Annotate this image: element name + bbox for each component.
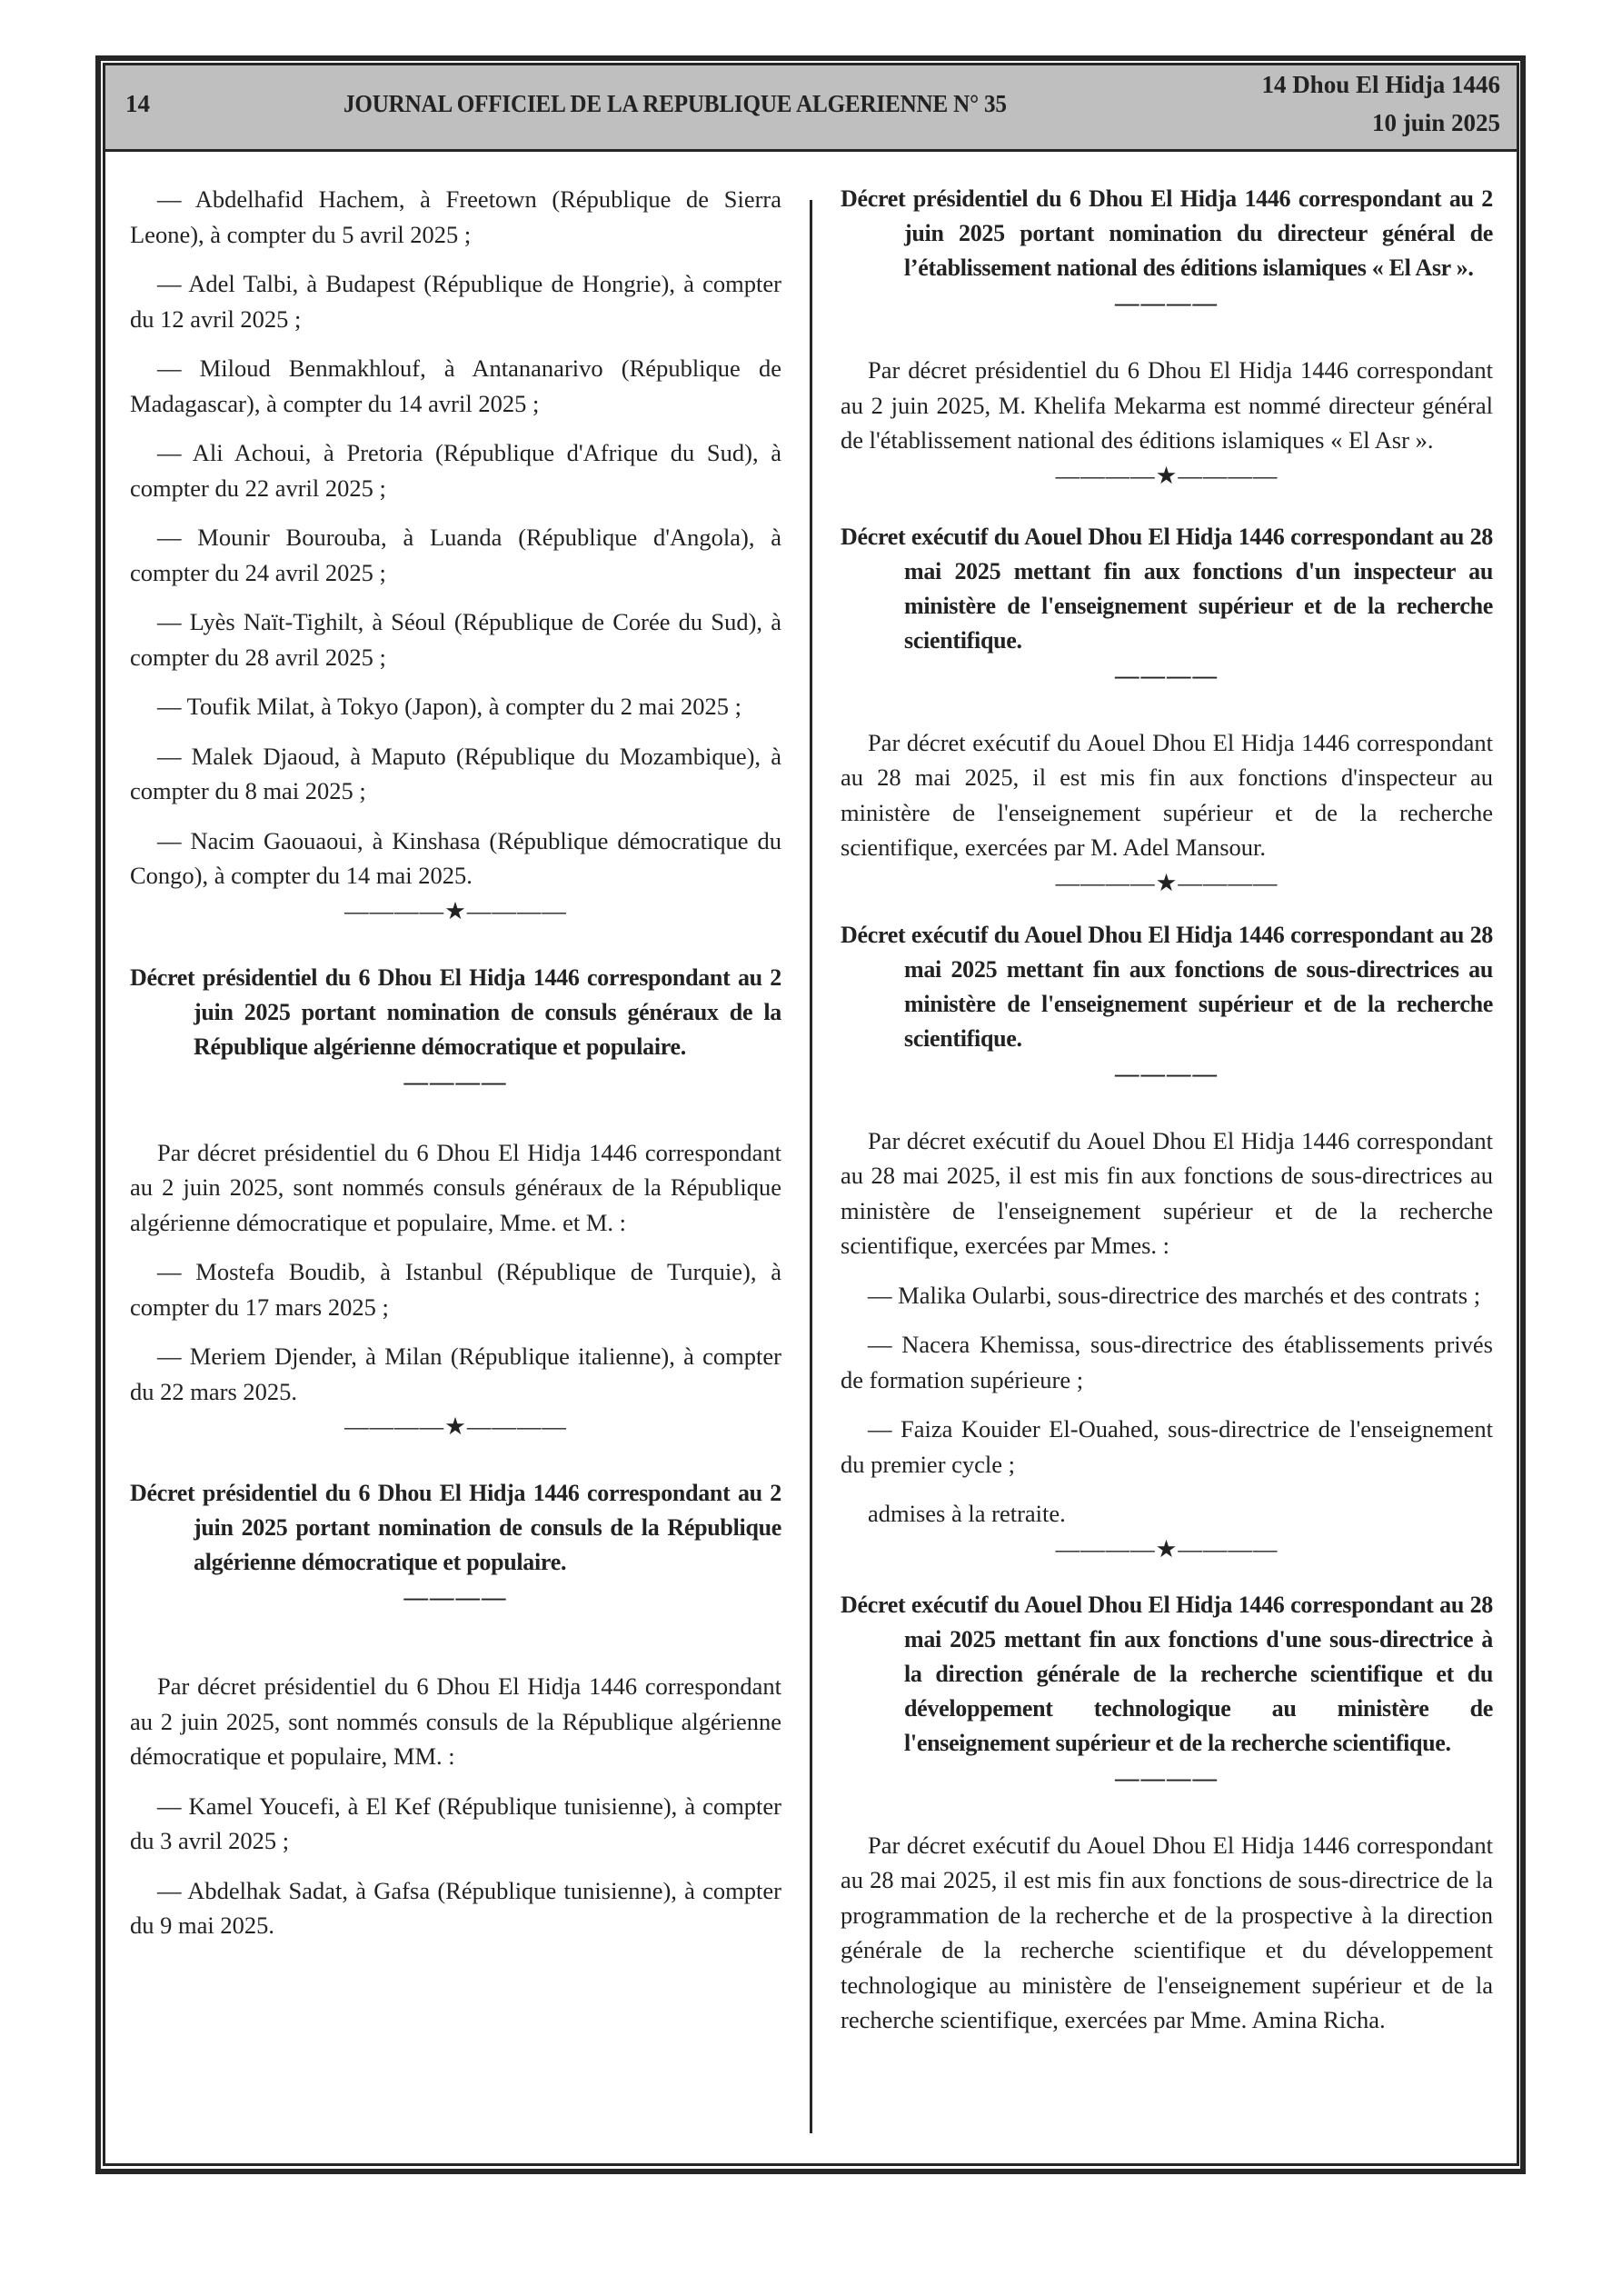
- decree-closing: admises à la retraite.: [841, 1496, 1493, 1532]
- decree-consuls-generaux: Décret présidentiel du 6 Dhou El Hidja 1…: [130, 961, 781, 1410]
- list-item: — Kamel Youcefi, à El Kef (République tu…: [130, 1789, 781, 1859]
- list-item: — Nacim Gaouaoui, à Kinshasa (République…: [130, 824, 781, 893]
- decree-consuls: Décret présidentiel du 6 Dhou El Hidja 1…: [130, 1476, 781, 1943]
- decree-body: Par décret exécutif du Aouel Dhou El Hid…: [841, 1123, 1493, 1263]
- short-separator: ————: [841, 1060, 1493, 1087]
- short-separator: ————: [841, 1764, 1493, 1792]
- list-item: — Faiza Kouider El-Ouahed, sous-directri…: [841, 1412, 1493, 1482]
- list-item: — Malek Djaoud, à Maputo (République du …: [130, 739, 781, 809]
- list-item: — Mostefa Boudib, à Istanbul (République…: [130, 1254, 781, 1324]
- short-separator: ————: [841, 289, 1493, 316]
- date-hijri: 14 Dhou El Hidja 1446: [1261, 71, 1500, 99]
- decree-body: Par décret présidentiel du 6 Dhou El Hid…: [841, 353, 1493, 458]
- decree-sous-directrices: Décret exécutif du Aouel Dhou El Hidja 1…: [841, 918, 1493, 1532]
- decree-heading: Décret présidentiel du 6 Dhou El Hidja 1…: [841, 182, 1493, 285]
- list-item: — Adel Talbi, à Budapest (République de …: [130, 266, 781, 336]
- list-item: — Abdelhak Sadat, à Gafsa (République tu…: [130, 1873, 781, 1943]
- star-separator: ————★————: [130, 1411, 781, 1442]
- right-column: Décret présidentiel du 6 Dhou El Hidja 1…: [841, 182, 1493, 2038]
- list-item: — Miloud Benmakhlouf, à Antananarivo (Ré…: [130, 351, 781, 421]
- decree-el-asr: Décret présidentiel du 6 Dhou El Hidja 1…: [841, 182, 1493, 458]
- star-separator: ————★————: [841, 867, 1493, 898]
- short-separator: ————: [130, 1583, 781, 1611]
- decree-heading: Décret présidentiel du 6 Dhou El Hidja 1…: [130, 1476, 781, 1580]
- page-header: 14 JOURNAL OFFICIEL DE LA REPUBLIQUE ALG…: [105, 65, 1517, 152]
- list-item: — Toufik Milat, à Tokyo (Japon), à compt…: [130, 689, 781, 724]
- decree-body: Par décret exécutif du Aouel Dhou El Hid…: [841, 725, 1493, 865]
- list-item: — Nacera Khemissa, sous-directrice des é…: [841, 1327, 1493, 1397]
- journal-title: JOURNAL OFFICIEL DE LA REPUBLIQUE ALGERI…: [343, 90, 1007, 118]
- short-separator: ————: [130, 1068, 781, 1095]
- left-column: — Abdelhafid Hachem, à Freetown (Républi…: [130, 182, 781, 1943]
- decree-inspecteur: Décret exécutif du Aouel Dhou El Hidja 1…: [841, 520, 1493, 865]
- decree-heading: Décret exécutif du Aouel Dhou El Hidja 1…: [841, 1588, 1493, 1761]
- decree-heading: Décret exécutif du Aouel Dhou El Hidja 1…: [841, 520, 1493, 658]
- list-item: — Meriem Djender, à Milan (République it…: [130, 1339, 781, 1409]
- list-item: — Ali Achoui, à Pretoria (République d'A…: [130, 435, 781, 505]
- decree-body: Par décret exécutif du Aouel Dhou El Hid…: [841, 1828, 1493, 2038]
- decree-body: Par décret présidentiel du 6 Dhou El Hid…: [130, 1135, 781, 1241]
- date-gregorian: 10 juin 2025: [1372, 109, 1500, 137]
- list-item: — Lyès Naït-Tighilt, à Séoul (République…: [130, 604, 781, 674]
- decree-heading: Décret exécutif du Aouel Dhou El Hidja 1…: [841, 918, 1493, 1056]
- decree-body: Par décret présidentiel du 6 Dhou El Hid…: [130, 1669, 781, 1774]
- column-divider: [810, 200, 812, 2133]
- list-item: — Mounir Bourouba, à Luanda (République …: [130, 520, 781, 590]
- star-separator: ————★————: [841, 460, 1493, 491]
- star-separator: ————★————: [841, 1533, 1493, 1564]
- list-item: — Malika Oularbi, sous-directrice des ma…: [841, 1278, 1493, 1313]
- page-number: 14: [125, 90, 150, 118]
- star-separator: ————★————: [130, 895, 781, 926]
- list-item: — Abdelhafid Hachem, à Freetown (Républi…: [130, 182, 781, 252]
- decree-sous-directrice-recherche: Décret exécutif du Aouel Dhou El Hidja 1…: [841, 1588, 1493, 2038]
- decree-heading: Décret présidentiel du 6 Dhou El Hidja 1…: [130, 961, 781, 1064]
- ambassadors-list-continued: — Abdelhafid Hachem, à Freetown (Républi…: [130, 182, 781, 893]
- short-separator: ————: [841, 662, 1493, 689]
